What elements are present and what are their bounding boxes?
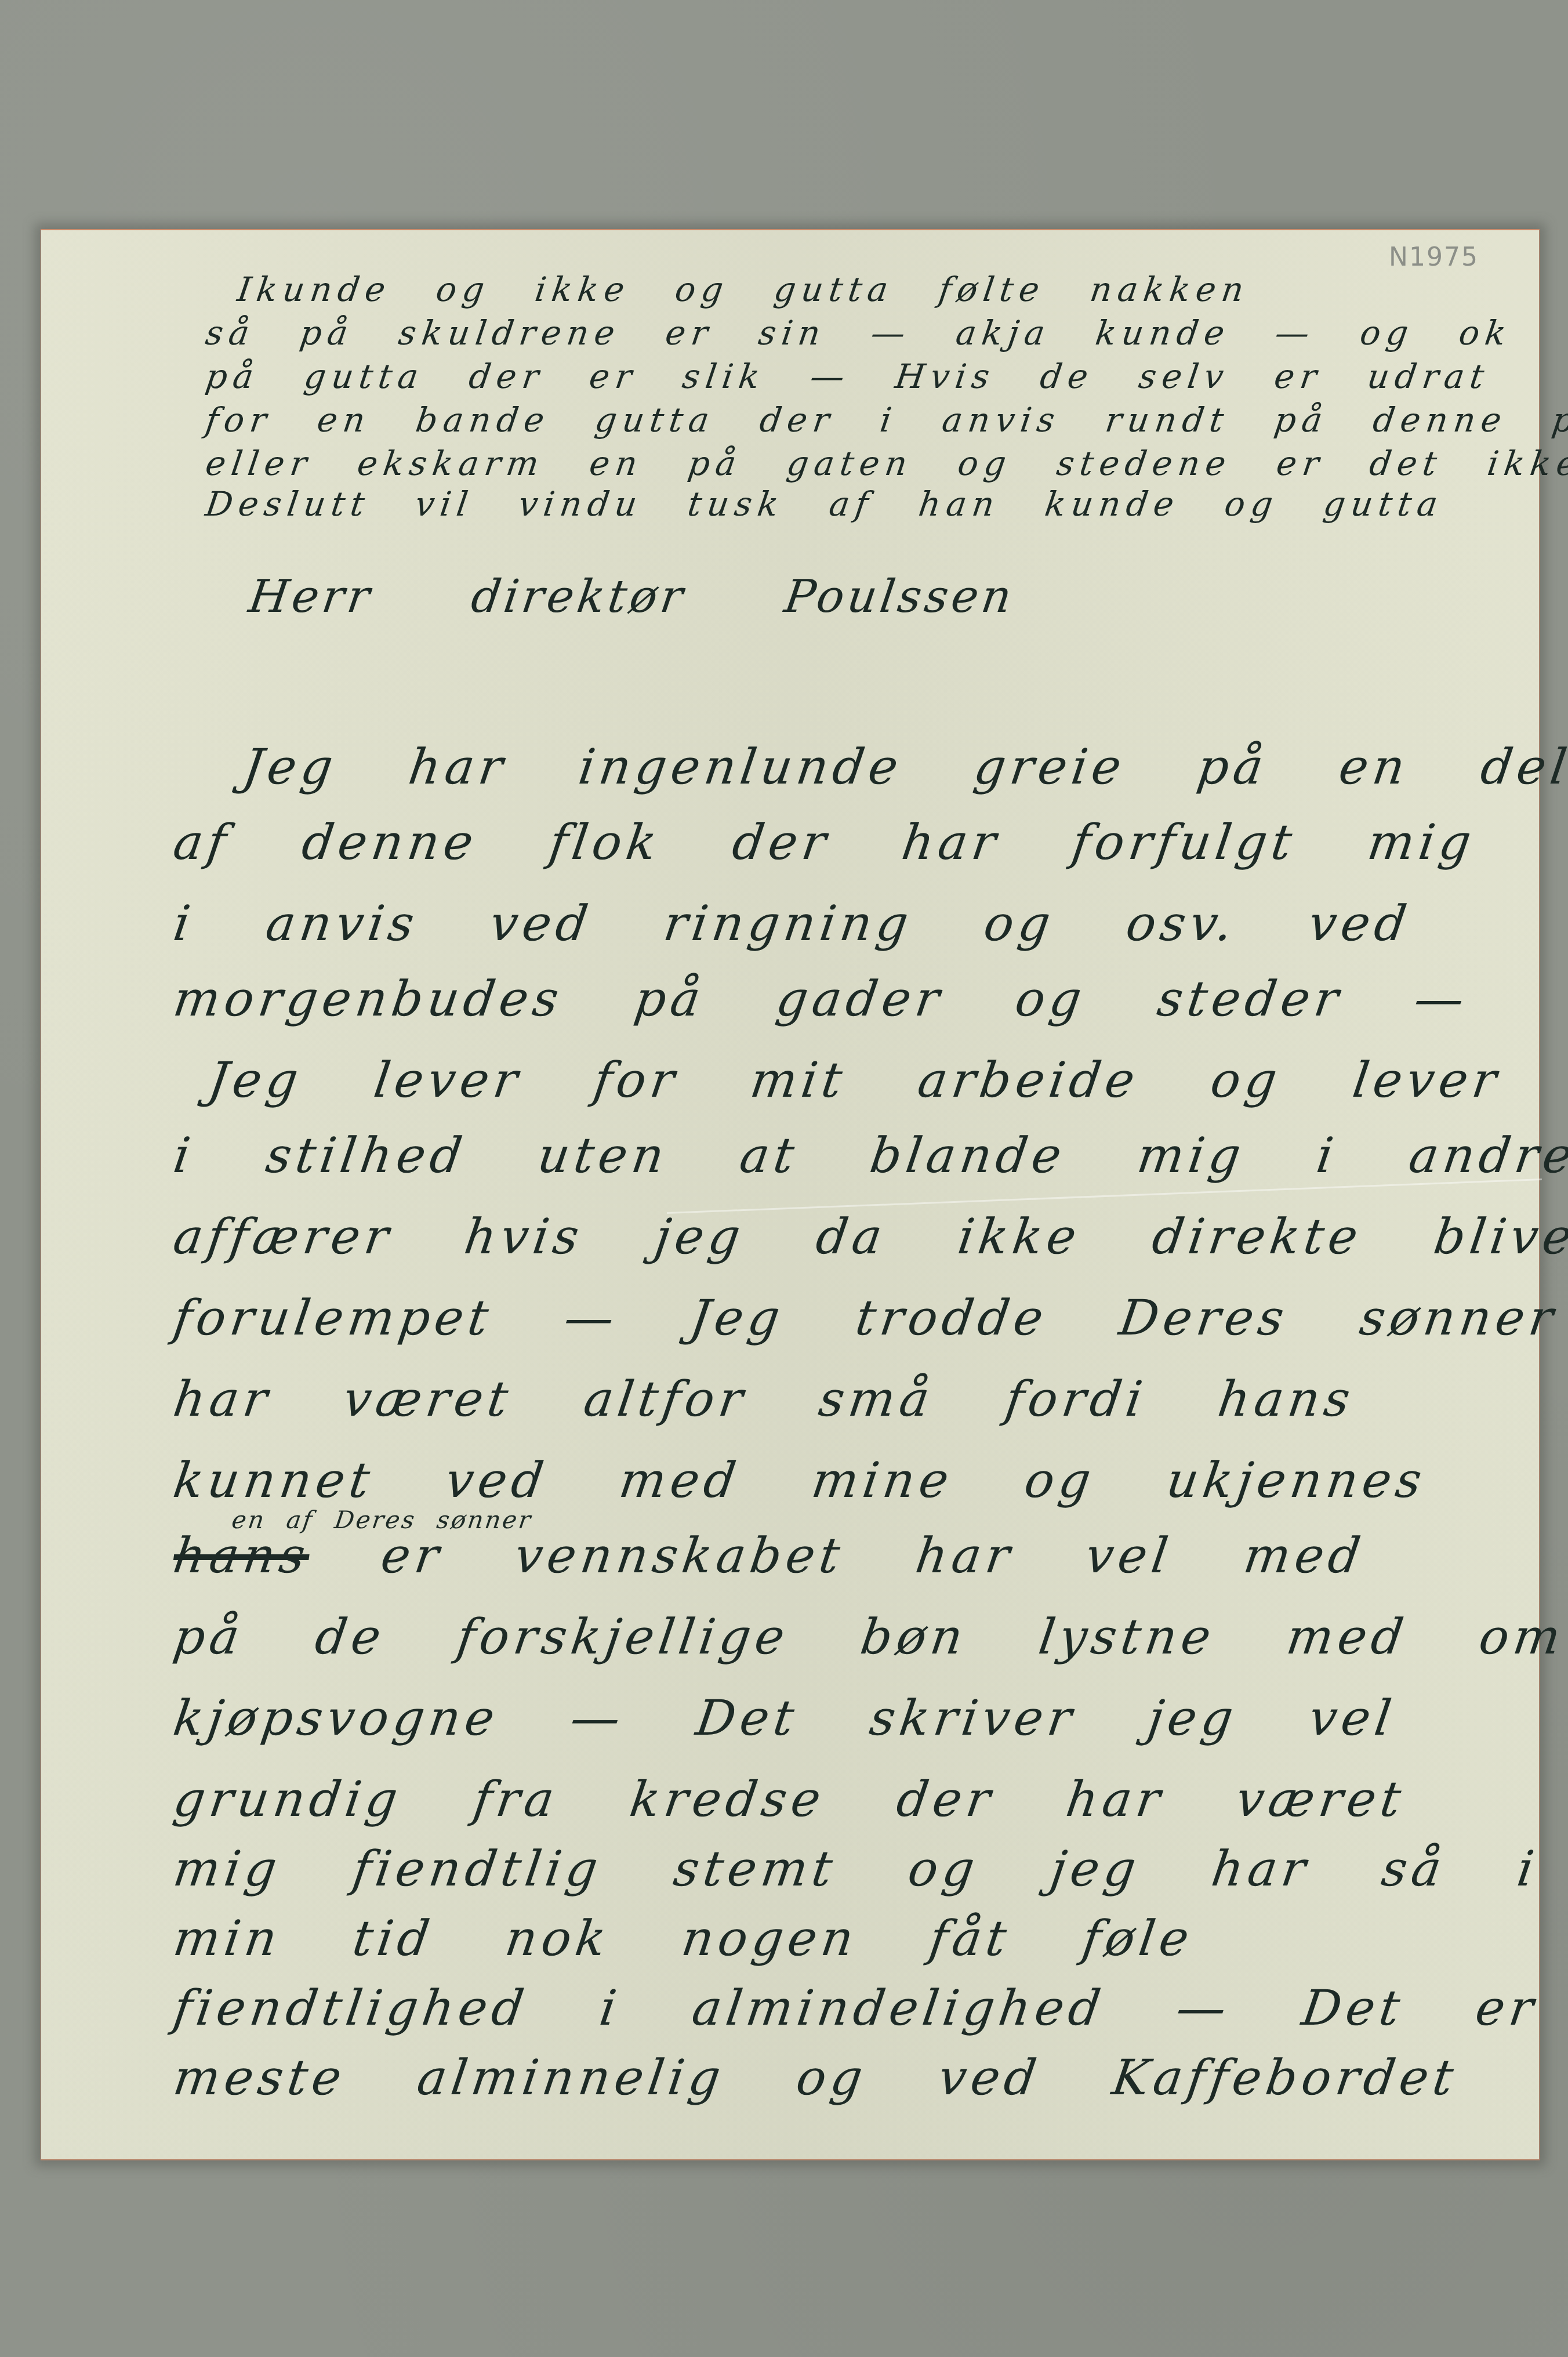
body-line: Jeg lever for mit arbeide og lever (205, 1056, 1504, 1104)
body-line: kjøpsvogne — Det skriver jeg vel (170, 1694, 1399, 1742)
body-line: af denne flok der har forfulgt mig (170, 818, 1479, 866)
body-line: min tid nok nogen fåt føle (170, 1914, 1196, 1963)
body-line: på de forskjellige bøn lystne med om (170, 1612, 1568, 1661)
struck-word: hans (170, 1527, 313, 1584)
body-line: har været altfor små fordi hans (170, 1375, 1358, 1423)
salutation: Herr direktør Poulssen (246, 574, 1018, 619)
body-line: mig fiendtlig stemt og jeg har så i (170, 1844, 1541, 1893)
body-line: kunnet ved med mine og ukjennes (170, 1456, 1429, 1504)
salutation-role: direktør (468, 571, 689, 623)
body-line: morgenbudes på gader og steder — (170, 974, 1472, 1023)
catalog-number: N1975 (1389, 242, 1479, 272)
postscript-line: så på skuldrene er sin — akja kunde — og… (204, 316, 1514, 350)
body-line: fiendtlighed i almindelighed — Det er jo (170, 1983, 1568, 2032)
postscript-line: eller ekskarm en på gaten og stedene er … (204, 447, 1568, 480)
body-line: grundig fra kredse der har været (170, 1775, 1409, 1823)
salutation-name: Poulssen (781, 571, 1018, 623)
body-line-with-strike: hans er vennskabet har vel med (170, 1531, 1368, 1580)
body-line: affærer hvis jeg da ikke direkte bliver (170, 1212, 1568, 1261)
postscript-line: Ikunde og ikke og gutta følte nakken (235, 273, 1251, 306)
body-line: i anvis ved ringning og osv. ved (170, 899, 1414, 948)
body-line: meste alminnelig og ved Kaffebordet (170, 2053, 1461, 2102)
body-line: forulempet — Jeg trodde Deres sønner (170, 1293, 1560, 1342)
postscript-line: på gutta der er slik — Hvis de selv er u… (204, 360, 1492, 393)
salutation-title: Herr (246, 571, 376, 623)
body-line: i stilhed uten at blande mig i andres (170, 1131, 1568, 1180)
postscript-line: for en bande gutta der i anvis rundt på … (204, 403, 1568, 437)
body-line: Jeg har ingenlunde greie på en del (240, 742, 1568, 791)
body-line-text: er vennskabet har vel med (378, 1527, 1369, 1584)
postscript-line: Deslutt vil vindu tusk af han kunde og g… (204, 487, 1446, 521)
